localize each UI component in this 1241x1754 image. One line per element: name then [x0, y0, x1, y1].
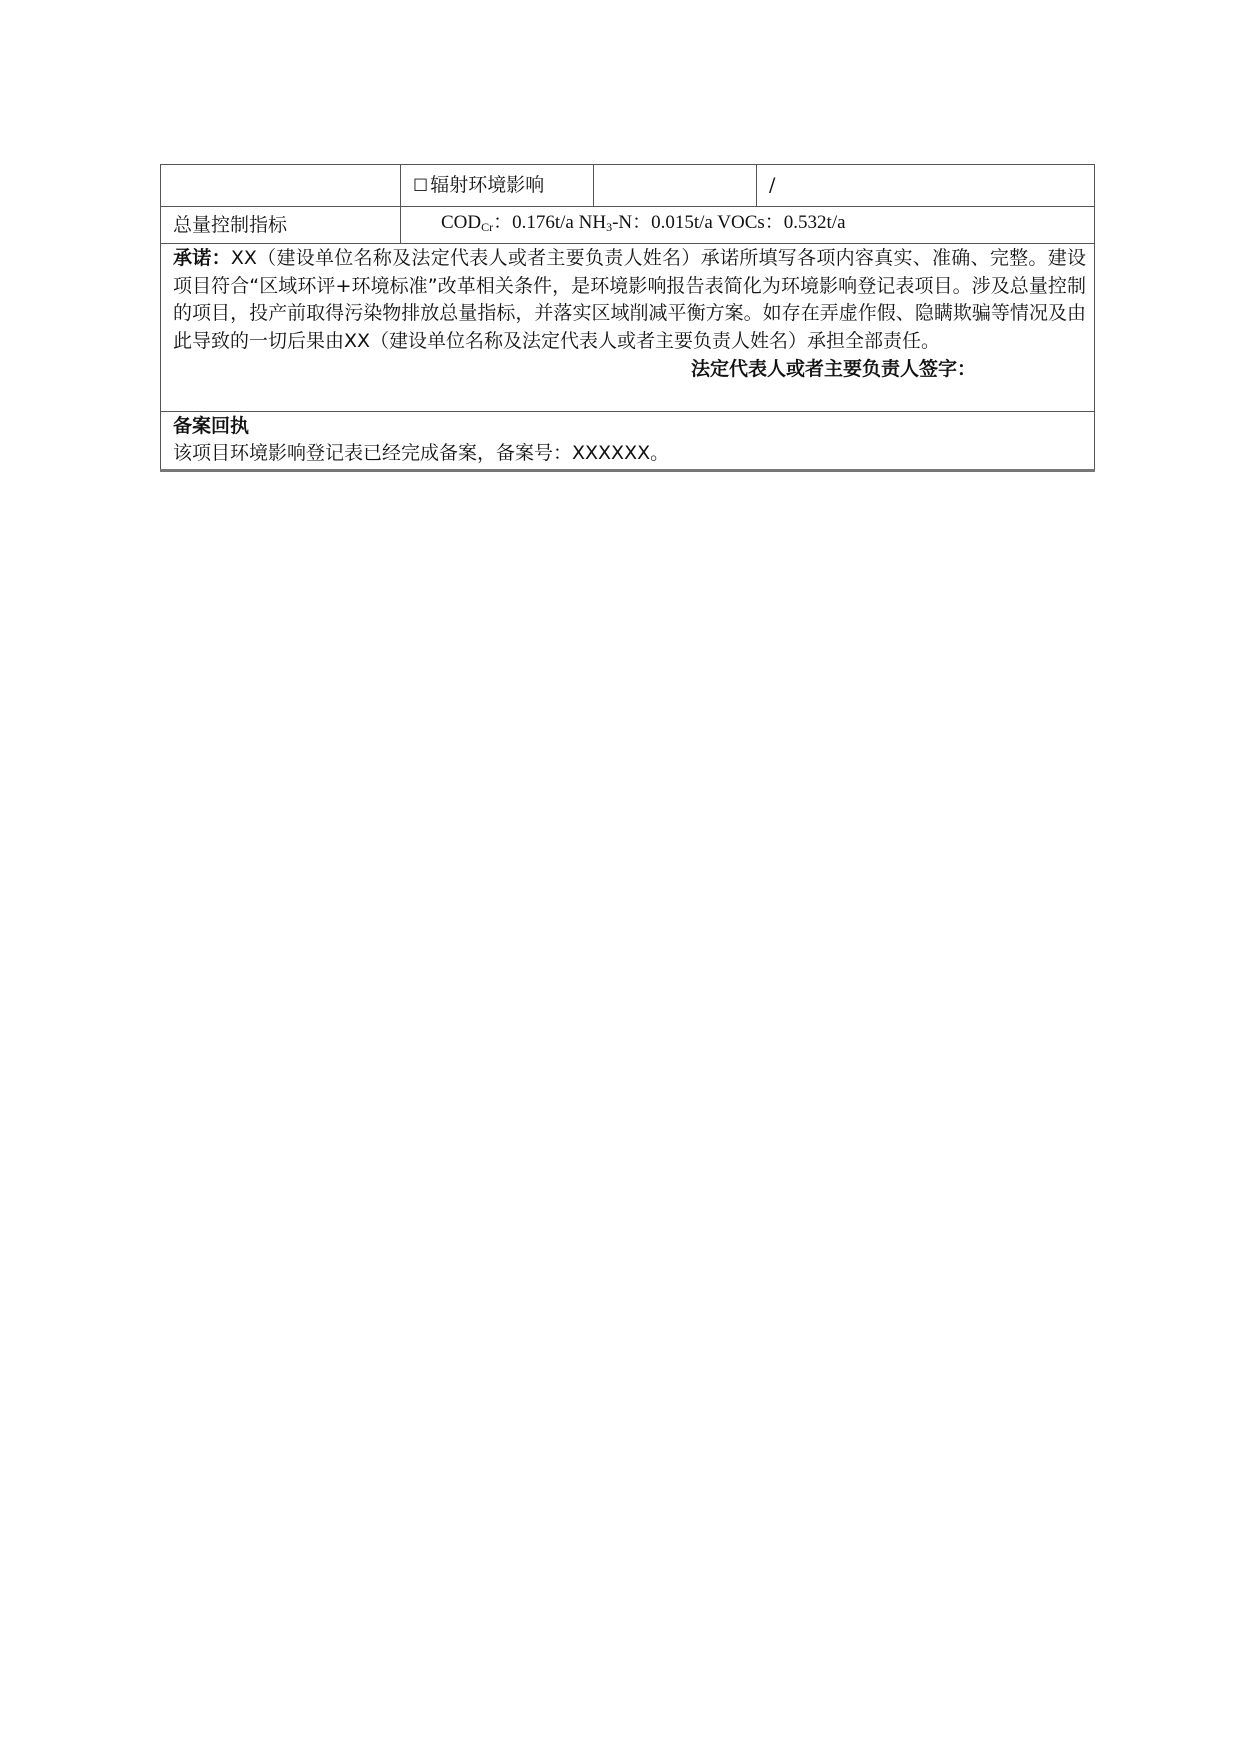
- pledge-row: 承诺：XX（建设单位名称及法定代表人或者主要负责人姓名）承诺所填写各项内容真实、…: [161, 244, 1095, 412]
- nh3-value: -N：0.015t/a: [612, 212, 713, 233]
- cod-subscript: Cr: [481, 220, 493, 234]
- filing-receipt-cell: 备案回执 该项目环境影响登记表已经完成备案，备案号：XXXXXX。: [161, 412, 1095, 471]
- pledge-paragraph: 承诺：XX（建设单位名称及法定代表人或者主要负责人姓名）承诺所填写各项内容真实、…: [173, 245, 1086, 355]
- pledge-cell: 承诺：XX（建设单位名称及法定代表人或者主要负责人姓名）承诺所填写各项内容真实、…: [161, 244, 1095, 412]
- total-control-row: 总量控制指标 CODCr：0.176t/a NH3-N：0.015t/a VOC…: [161, 207, 1095, 244]
- category-cell: [161, 165, 401, 207]
- filing-receipt-title: 备案回执: [173, 413, 1082, 440]
- pledge-body: XX（建设单位名称及法定代表人或者主要负责人姓名）承诺所填写各项内容真实、准确、…: [173, 247, 1086, 352]
- cod-value: ：0.176t/a: [493, 212, 574, 233]
- radiation-impact-label: 辐射环境影响: [430, 174, 544, 196]
- total-control-label: 总量控制指标: [161, 207, 401, 244]
- total-control-values: CODCr：0.176t/a NH3-N：0.015t/a VOCs：0.532…: [401, 207, 1095, 244]
- nh3-label: NH: [574, 212, 606, 233]
- radiation-impact-value-cell: /: [757, 165, 1095, 207]
- pledge-heading: 承诺：: [173, 247, 231, 269]
- filing-receipt-text: 该项目环境影响登记表已经完成备案，备案号：XXXXXX。: [173, 440, 1082, 467]
- environmental-registration-table: ☐辐射环境影响 / 总量控制指标 CODCr：0.176t/a NH3-N：0.…: [160, 164, 1095, 472]
- signature-label: 法定代表人或者主要负责人签字：: [173, 356, 1086, 383]
- filing-receipt-row: 备案回执 该项目环境影响登记表已经完成备案，备案号：XXXXXX。: [161, 412, 1095, 471]
- checkbox-icon: ☐: [413, 176, 428, 196]
- cod-label: COD: [441, 212, 481, 233]
- document-page: ☐辐射环境影响 / 总量控制指标 CODCr：0.176t/a NH3-N：0.…: [0, 0, 1241, 1754]
- radiation-impact-detail-cell: [594, 165, 757, 207]
- radiation-impact-row: ☐辐射环境影响 /: [161, 165, 1095, 207]
- radiation-impact-item-cell: ☐辐射环境影响: [401, 165, 594, 207]
- vocs-value: VOCs：0.532t/a: [713, 212, 846, 233]
